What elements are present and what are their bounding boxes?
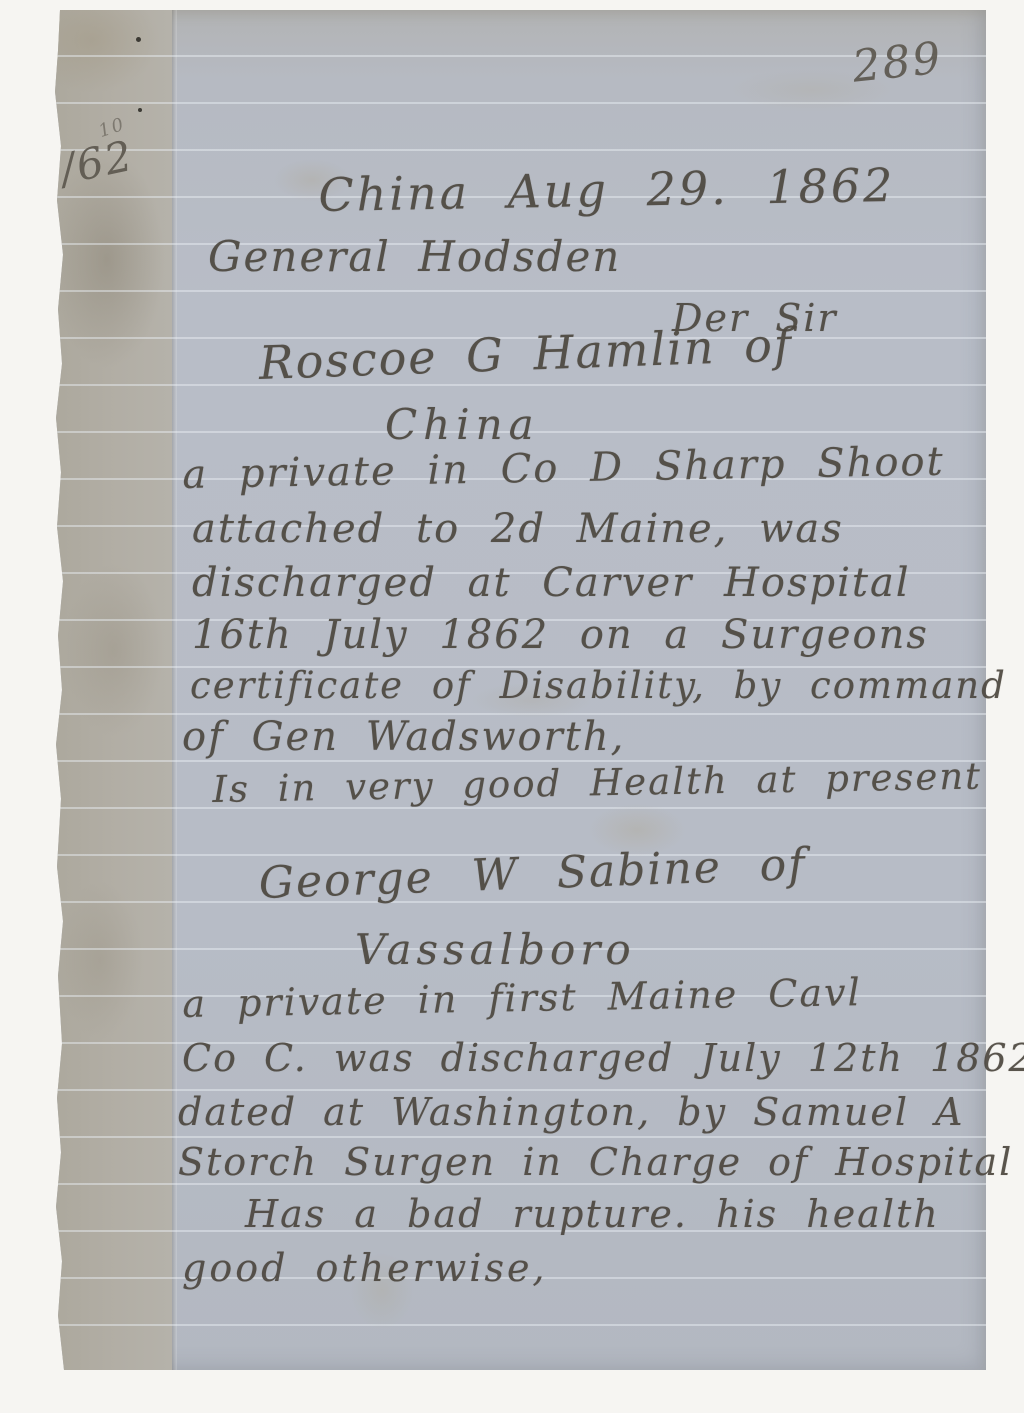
- ink-speck: [136, 37, 141, 42]
- ruled-lines: [52, 10, 986, 1370]
- ink-speck: [138, 108, 142, 112]
- letter-paper: [52, 10, 986, 1370]
- torn-left-edge: [52, 10, 172, 1370]
- paper-stains: [52, 10, 986, 1370]
- scanned-letter-page: { "colors": { "scan_background": "#f6f5f…: [0, 0, 1024, 1413]
- fold-crease: [172, 10, 177, 1370]
